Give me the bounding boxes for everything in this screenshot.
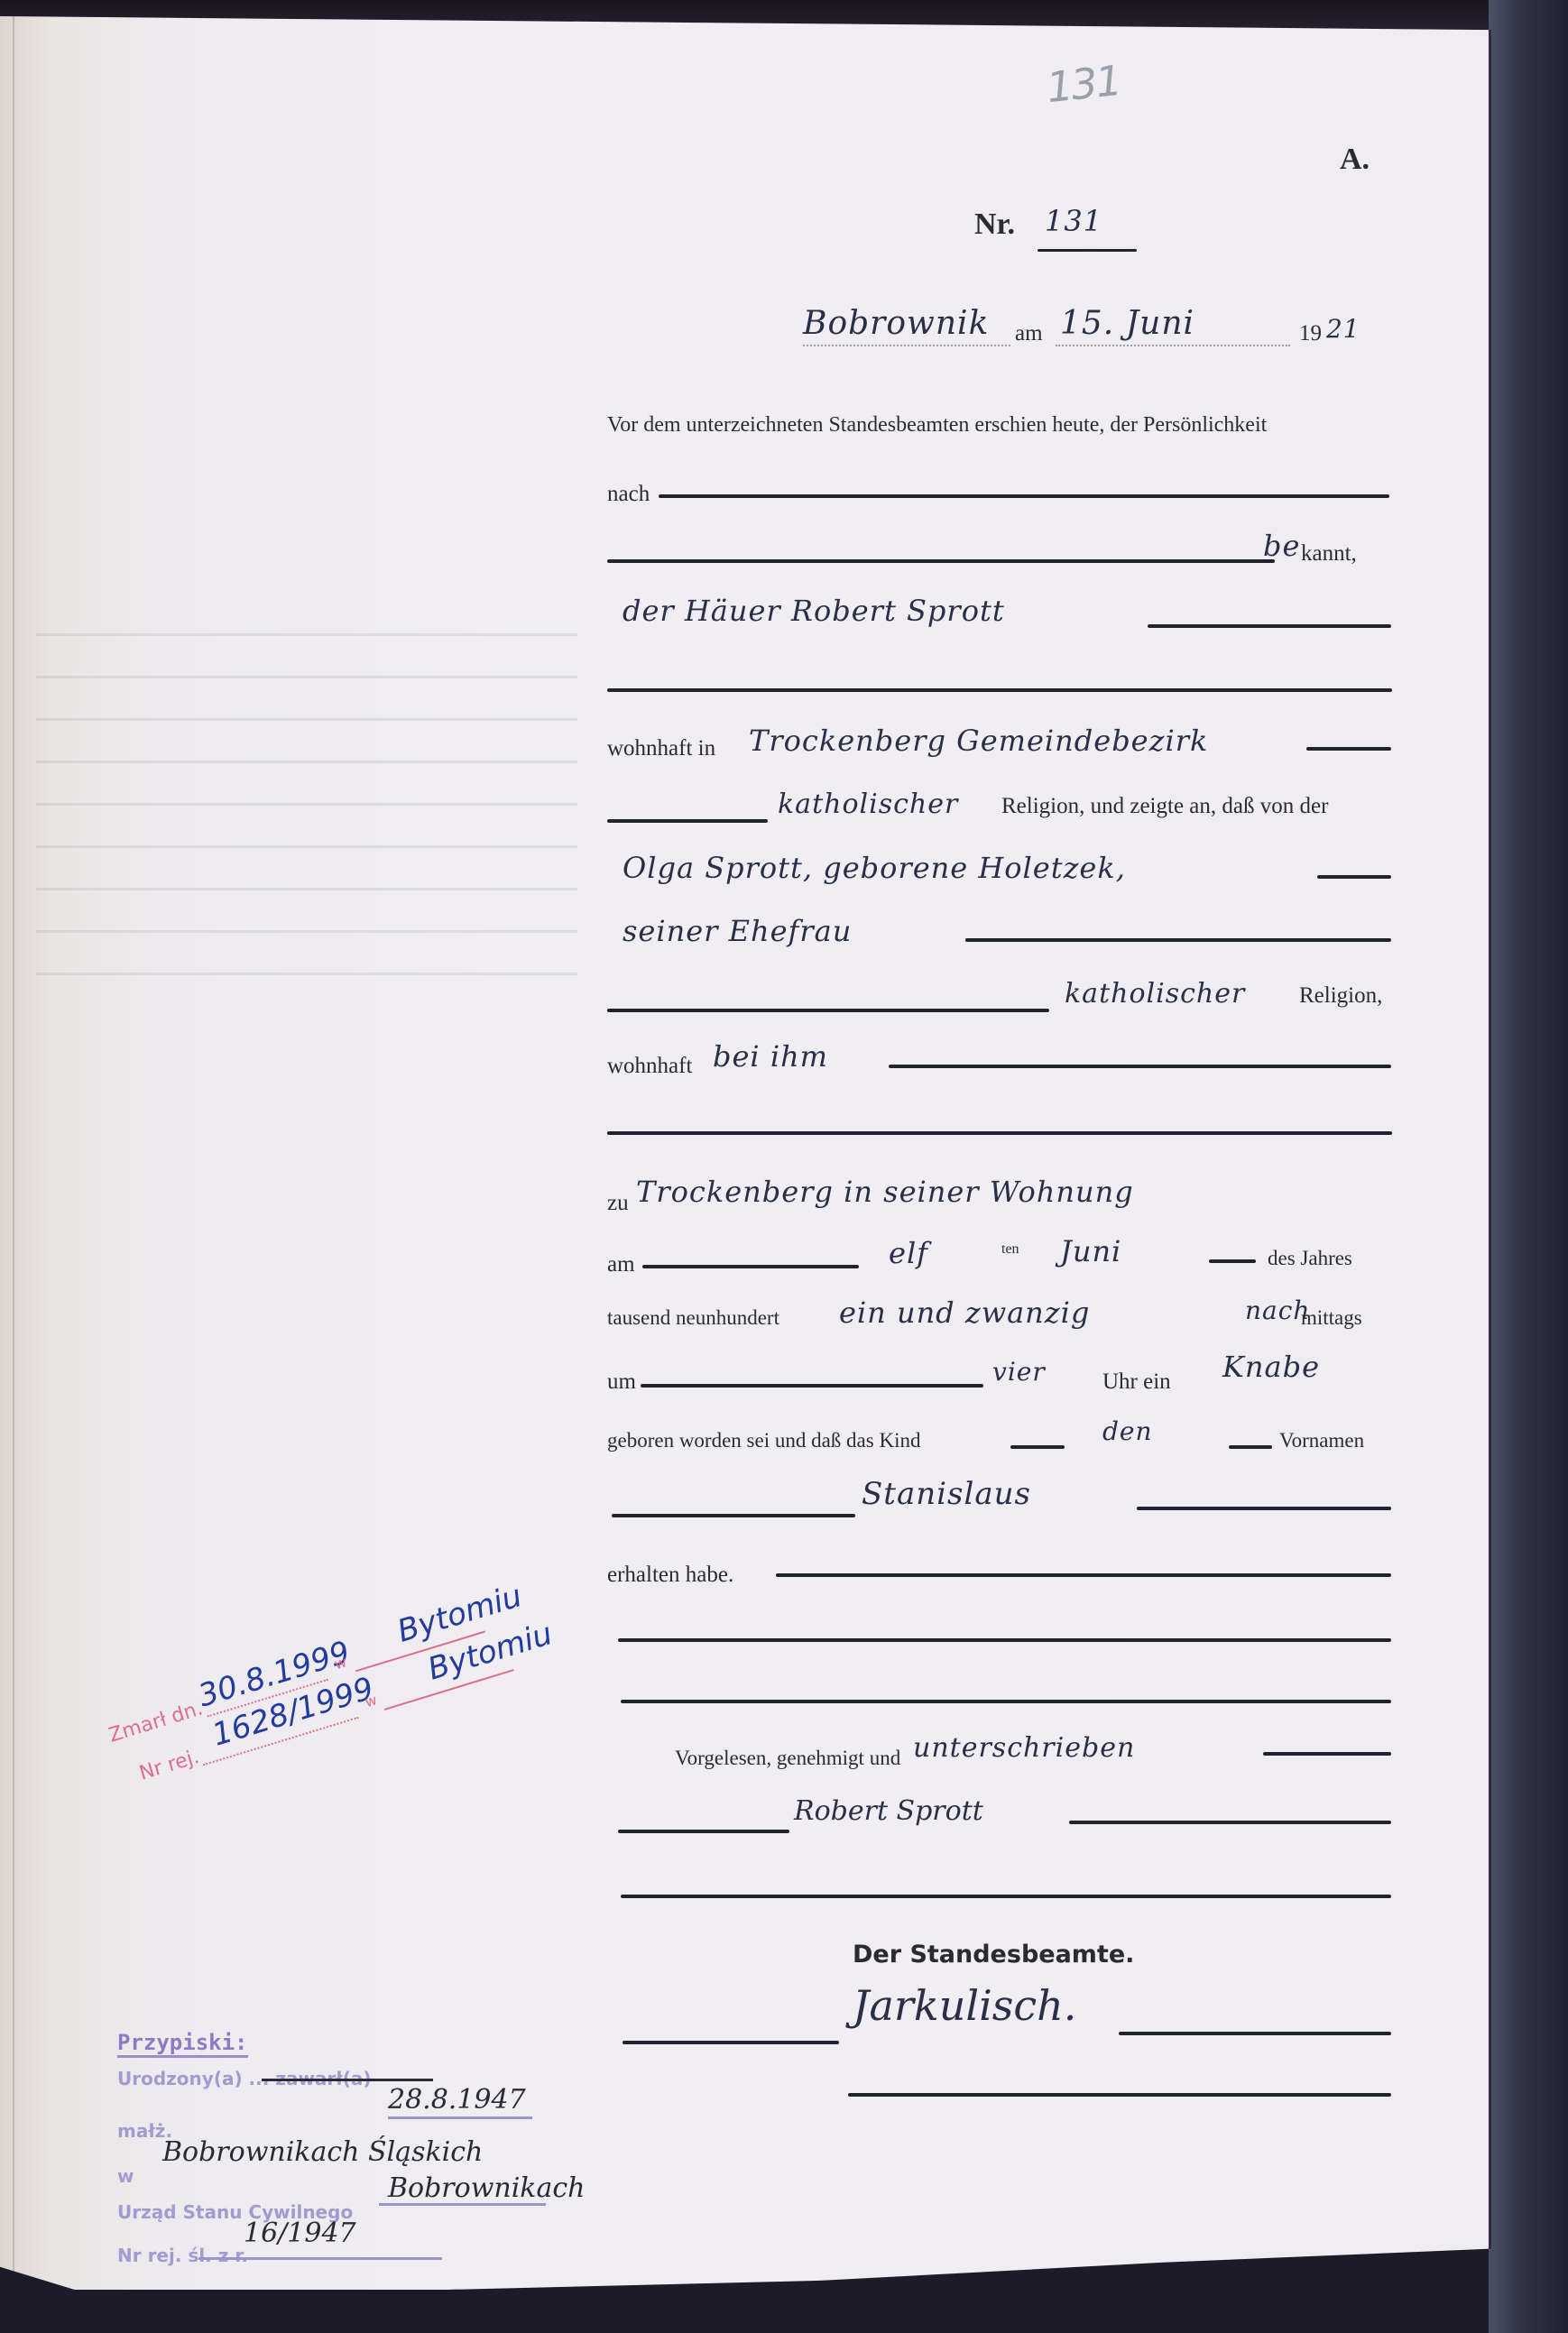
vorgelesen-label: Vorgelesen, genehmigt und [675,1747,900,1770]
entry-number-rule [1038,249,1137,252]
entry-number: 131 [1045,204,1102,238]
child-name: Stanislaus [862,1476,1031,1512]
am-label: am [607,1252,635,1277]
form-rule [612,1514,855,1517]
um-label: um [607,1369,636,1395]
form-rule [621,1895,1391,1898]
mother-residence: bei ihm [713,1039,828,1074]
form-rule [607,819,768,823]
stamp-rule [388,2116,532,2119]
year-printed: 19 [1299,321,1322,346]
date-prefix: am [1015,321,1043,346]
mother-religion: katholischer [1065,978,1245,1010]
annotation-heading: Przypiski: [117,2030,248,2058]
form-rule [1010,1445,1065,1449]
form-rule [1229,1445,1272,1449]
form-rule [1263,1752,1391,1756]
geboren-label: geboren worden sei und daß das Kind [607,1429,920,1452]
religion-label-2: Religion, [1299,983,1382,1009]
strike-line [262,2079,433,2081]
stamp-label-died: Zmarł dn. [106,1697,206,1747]
form-rule [1119,2032,1391,2035]
page-gutter [13,16,14,2290]
annotation-reg-number: 16/1947 [244,2218,356,2249]
form-rule [607,559,1275,563]
stamp-label-nr: Nr rej. [137,1746,202,1785]
form-rule [1306,747,1391,751]
religion-label-1: Religion, und zeigte an, daß von der [1001,794,1328,819]
register-page: 131 A. Nr. 131 Bobrownik am 15. Juni 19 … [0,16,1491,2290]
form-rule [1137,1507,1391,1510]
form-rule [623,2041,839,2044]
mother-name: Olga Sprott, geborene Holetzek, [623,851,1126,885]
marriage-annotation-stamp: Przypiski: Urodzony(a) ... zawarł(a) 28.… [117,2030,623,2228]
form-rule [1209,1259,1256,1263]
birth-month: Juni [1060,1234,1121,1268]
form-letter: A. [1340,143,1370,177]
form-rule [965,938,1391,942]
office-place: Bobrownikach [388,2172,586,2204]
form-rule [848,2093,1391,2097]
intro-line: Vor dem unterzeichneten Standesbeamten e… [607,413,1267,438]
informant-religion: katholischer [778,788,958,820]
birth-place: Trockenberg in seiner Wohnung [636,1175,1134,1209]
form-rule [776,1573,1391,1577]
death-annotation-stamp: Zmarł dn. 30.8.1999 w Bytomiu Nr rej. 16… [78,1494,585,1821]
form-rule [889,1065,1391,1068]
mittags-label: mittags [1301,1306,1362,1330]
form-rule [618,1830,789,1833]
signed-word: unterschrieben [913,1732,1135,1764]
date-day-month: 15. Juni [1060,305,1194,342]
des-jahres-label: des Jahres [1268,1247,1352,1270]
birth-day: elf [889,1236,928,1270]
nach-label: nach [607,482,650,507]
stamp-rule [198,2257,442,2260]
erhalten-label: erhalten habe. [607,1563,733,1588]
annotation-label-w: w [117,2165,134,2187]
vornamen-label: Vornamen [1279,1429,1364,1452]
tausend-label: tausend neunhundert [607,1306,779,1330]
form-rule [621,1700,1391,1703]
entry-number-label: Nr. [974,207,1015,242]
wohnhaft-label: wohnhaft [607,1054,692,1079]
place: Bobrownik [803,305,989,342]
informant: der Häuer Robert Sprott [623,594,1005,628]
wohnhaft-in-label: wohnhaft in [607,736,715,761]
bekannt-handwritten: be [1263,529,1300,563]
registrar-title: Der Standesbeamte. [853,1941,1134,1969]
date-line [1056,345,1290,346]
bekannt-label: kannt, [1301,541,1357,567]
form-rule [642,1265,859,1268]
marriage-place: Bobrownikach Śląskich [162,2136,483,2168]
birth-year-words: ein und zwanzig [839,1296,1090,1330]
year-written: 21 [1326,314,1360,344]
annotation-label-reg: Nr rej. śl. z r. [117,2245,248,2266]
form-rule [1148,624,1391,628]
uhr-ein-label: Uhr ein [1102,1369,1171,1395]
informant-signature: Robert Sprott [794,1795,983,1827]
form-rule [607,688,1392,692]
birth-hour: vier [992,1357,1046,1387]
form-rule [659,494,1389,498]
stamp-rule [379,2203,546,2206]
form-rule [607,1009,1049,1012]
zu-label: zu [607,1191,629,1216]
form-rule [1317,875,1391,879]
registrar-signature: Jarkulisch. [853,1981,1076,2030]
marriage-date: 28.8.1947 [388,2084,526,2116]
form-rule [618,1638,1391,1642]
place-line [803,345,1010,346]
child-sex: Knabe [1222,1350,1320,1384]
form-rule [641,1384,983,1388]
bleed-through-text [36,594,577,1063]
informant-residence: Trockenberg Gemeindebezirk [749,724,1208,758]
relation: seiner Ehefrau [623,914,852,948]
ten-label: ten [1001,1241,1019,1258]
form-rule [607,1131,1392,1135]
den-handwritten: den [1102,1416,1153,1446]
pencil-page-number: 131 [1044,56,1122,112]
book-binding-right [1489,0,1568,2333]
form-rule [1069,1821,1391,1824]
